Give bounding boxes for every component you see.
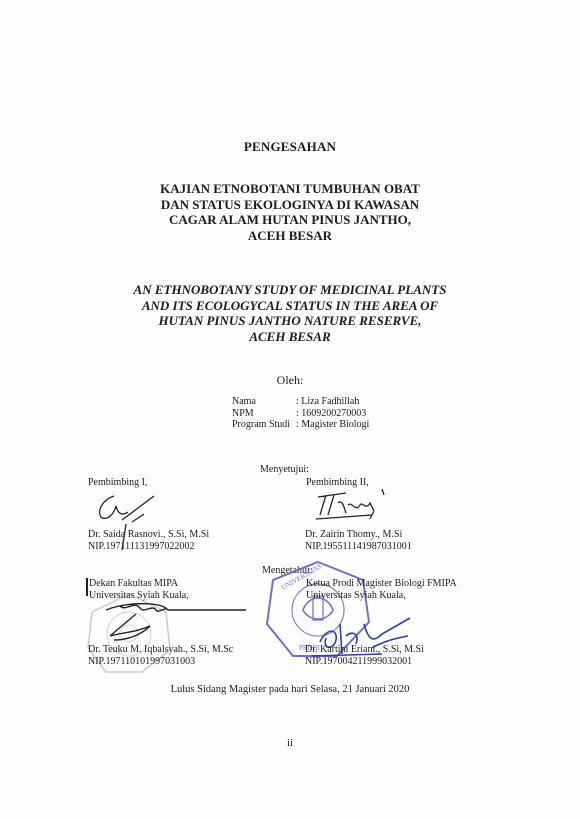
- name-label: Nama: [232, 396, 296, 408]
- dean-name: Dr. Teuku M. Iqbalsyah., S.Si, M.Sc: [88, 644, 233, 656]
- approval-label: Menyetujui:: [260, 464, 309, 476]
- author-info: Nama: Liza Fadhillah NPM: 1609200270003 …: [232, 396, 369, 431]
- title-en-line: ACEH BESAR: [0, 329, 580, 345]
- title-id-line: KAJIAN ETNOBOTANI TUMBUHAN OBAT: [0, 181, 580, 197]
- thesis-title-indonesian: KAJIAN ETNOBOTANI TUMBUHAN OBAT DAN STAT…: [0, 181, 580, 243]
- supervisor2-signature-icon: [312, 487, 392, 523]
- supervisor1-role: Pembimbing I,: [88, 477, 147, 489]
- title-id-line: DAN STATUS EKOLOGINYA DI KAWASAN: [0, 197, 580, 213]
- name-value: : Liza Fadhillah: [296, 396, 359, 408]
- program-value: : Magister Biologi: [296, 419, 369, 431]
- head-name: Dr. Kartini Eriani., S.Si, M.Si: [305, 644, 424, 656]
- page-heading: PENGESAHAN: [0, 139, 580, 155]
- supervisor2-name: Dr. Zairin Thomy., M.Si: [305, 529, 402, 541]
- dean-signature-icon: [96, 596, 246, 644]
- supervisor1-name: Dr. Saida Rasnovi., S.Si, M.Si: [88, 529, 209, 541]
- document-page: PENGESAHAN KAJIAN ETNOBOTANI TUMBUHAN OB…: [0, 0, 580, 819]
- npm-value: : 1609200270003: [296, 408, 366, 420]
- dean-role-line1: Dekan Fakultas MIPA: [89, 578, 178, 590]
- graduation-note: Lulus Sidang Magister pada hari Selasa, …: [0, 684, 580, 695]
- npm-label: NPM: [232, 408, 296, 420]
- title-id-line: CAGAR ALAM HUTAN PINUS JANTHO,: [0, 212, 580, 228]
- supervisor2-nip: NIP.195511141987031001: [305, 541, 412, 553]
- title-en-line: AND ITS ECOLOGYCAL STATUS IN THE AREA OF: [0, 298, 580, 314]
- head-nip: NIP.197004211999032001: [305, 656, 412, 668]
- title-en-line: HUTAN PINUS JANTHO NATURE RESERVE,: [0, 313, 580, 329]
- margin-mark: [86, 578, 88, 596]
- program-label: Program Studi: [232, 419, 296, 431]
- title-id-line: ACEH BESAR: [0, 228, 580, 244]
- title-en-line: AN ETHNOBOTANY STUDY OF MEDICINAL PLANTS: [0, 282, 580, 298]
- by-label: Oleh:: [0, 373, 580, 388]
- supervisor1-nip: NIP.197111131997022002: [88, 541, 194, 553]
- head-role-line2: Universitas Syiah Kuala,: [306, 590, 406, 602]
- dean-nip: NIP.197110101997031003: [88, 656, 195, 668]
- page-number: ii: [0, 737, 580, 749]
- thesis-title-english: AN ETHNOBOTANY STUDY OF MEDICINAL PLANTS…: [0, 282, 580, 344]
- head-role-line1: Ketua Prodi Magister Biologi FMIPA: [306, 578, 457, 590]
